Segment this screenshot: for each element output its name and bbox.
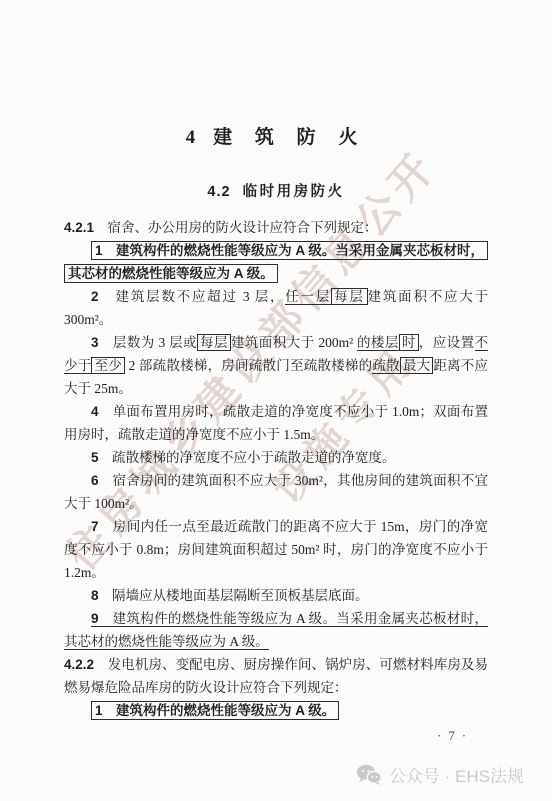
text-run-plain: ，应设置 xyxy=(419,335,475,350)
paragraph: 4 单面布置用房时，疏散走道的净宽度不应小于 1.0m；双面布置用房时，疏散走道… xyxy=(64,400,488,446)
text-run-plain: 隔墙应从楼地面基层隔断至顶板基层底面。 xyxy=(99,588,369,603)
text-run-ins: 最大 xyxy=(400,357,433,374)
text-run-num: 6 xyxy=(91,473,99,488)
text-run-ins: 至少 xyxy=(91,357,124,374)
text-run-num: 8 xyxy=(91,588,99,603)
text-run-ins: 每层 xyxy=(197,334,231,351)
section-title: 4.2临时用房防火 xyxy=(64,180,488,201)
text-run-plain: 疏散楼梯的净宽度不应小于疏散走道的净宽度。 xyxy=(99,450,396,465)
chapter-title-text: 建 筑 防 火 xyxy=(213,127,366,148)
paragraph: 9 建筑构件的燃烧性能等级应为 A 级。当采用金属夹芯板材时，其芯材的燃烧性能等… xyxy=(64,607,488,653)
document-body: 4.2.1 宿舍、办公用房的防火设计应符合下列规定：1 建筑构件的燃烧性能等级应… xyxy=(64,216,488,722)
text-run-num: 7 xyxy=(91,519,99,534)
wechat-footer-label: 公众号 · EHS法规 xyxy=(389,762,524,787)
text-run-plain: 单面布置用房时，疏散走道的净宽度不应小于 1.0m；双面布置用房时，疏散走道的净… xyxy=(64,404,488,442)
paragraph: 6 宿舍房间的建筑面积不应大于 30m²，其他房间的建筑面积不宜大于 100m²… xyxy=(64,469,488,515)
paragraph: 4.2.2 发电机房、变配电房、厨房操作间、锅炉房、可燃材料库房及易燃易爆危险品… xyxy=(64,653,488,699)
text-run-del: 建筑构件的燃烧性能等级应为 A 级。当采用金属夹芯板材时，其芯材的燃烧性能等级应… xyxy=(64,611,488,650)
text-run-num: 4 xyxy=(91,404,99,419)
text-run-plain: 建筑面积大于 200m² xyxy=(231,335,357,350)
page-number: · 7 · xyxy=(437,729,468,744)
chapter-title: 4建 筑 防 火 xyxy=(64,122,488,149)
paragraph: 5 疏散楼梯的净宽度不应小于疏散走道的净宽度。 xyxy=(64,446,488,469)
text-run-del-num: 9 xyxy=(91,611,99,627)
text-run-num: 5 xyxy=(91,450,99,465)
text-run-num: 4.2.1 xyxy=(64,220,94,235)
paragraph: 2 建筑层数不应超过 3 层，任一层每层建筑面积不应大于 300m²。 xyxy=(64,285,488,331)
text-run-plain: 层数为 3 层或 xyxy=(99,335,197,350)
text-run-plain: 宿舍、办公用房的防火设计应符合下列规定： xyxy=(94,220,378,235)
wechat-footer: 公众号 · EHS法规 xyxy=(356,762,524,787)
text-run-ins: 每层 xyxy=(331,288,368,305)
text-run-plain: 发电机房、变配电房、厨房操作间、锅炉房、可燃材料库房及易燃易爆危险品库房的防火设… xyxy=(64,657,488,695)
paragraph: 1 建筑构件的燃烧性能等级应为 A 级。当采用金属夹芯板材时，其芯材的燃烧性能等… xyxy=(64,239,488,285)
text-run-ins-bold: 1 建筑构件的燃烧性能等级应为 A 级。当采用金属夹芯板材时，其芯材的燃烧性能等… xyxy=(64,241,488,283)
text-run-num: 2 xyxy=(91,289,99,304)
text-run-ins: 时 xyxy=(399,334,419,351)
document-page: 住房城乡建设部信息公开 设施专用 4建 筑 防 火 4.2临时用房防火 4.2.… xyxy=(0,0,552,801)
text-run-del: 的楼层 xyxy=(357,335,399,351)
text-run-ins-bold: 1 建筑构件的燃烧性能等级应为 A 级。 xyxy=(91,701,339,720)
paragraph: 7 房间内任一点至最近疏散门的距离不应大于 15m，房门的净宽度不应小于 0.8… xyxy=(64,515,488,584)
paragraph: 8 隔墙应从楼地面基层隔断至顶板基层底面。 xyxy=(64,584,488,607)
chapter-number: 4 xyxy=(186,127,196,148)
text-run-del: 疏散 xyxy=(372,358,399,374)
section-number: 4.2 xyxy=(207,184,230,200)
paragraph: 1 建筑构件的燃烧性能等级应为 A 级。 xyxy=(64,699,488,722)
text-run-plain: 房间内任一点至最近疏散门的距离不应大于 15m，房门的净宽度不应小于 0.8m；… xyxy=(64,519,488,580)
text-run-plain: 建筑层数不应超过 3 层， xyxy=(99,289,286,304)
text-run-num: 4.2.2 xyxy=(64,657,94,672)
text-run-plain: 宿舍房间的建筑面积不应大于 30m²，其他房间的建筑面积不宜大于 100m²。 xyxy=(64,473,488,511)
text-run-del: 任一层 xyxy=(285,289,331,305)
paragraph: 4.2.1 宿舍、办公用房的防火设计应符合下列规定： xyxy=(64,216,488,239)
text-run-plain: 2 部疏散楼梯，房间疏散门至疏散楼梯的 xyxy=(125,358,372,373)
paragraph: 3 层数为 3 层或每层建筑面积大于 200m² 的楼层时，应设置不少于至少 2… xyxy=(64,331,488,400)
section-title-text: 临时用房防火 xyxy=(243,184,345,200)
text-run-num: 3 xyxy=(91,335,99,350)
wechat-icon xyxy=(356,764,382,786)
